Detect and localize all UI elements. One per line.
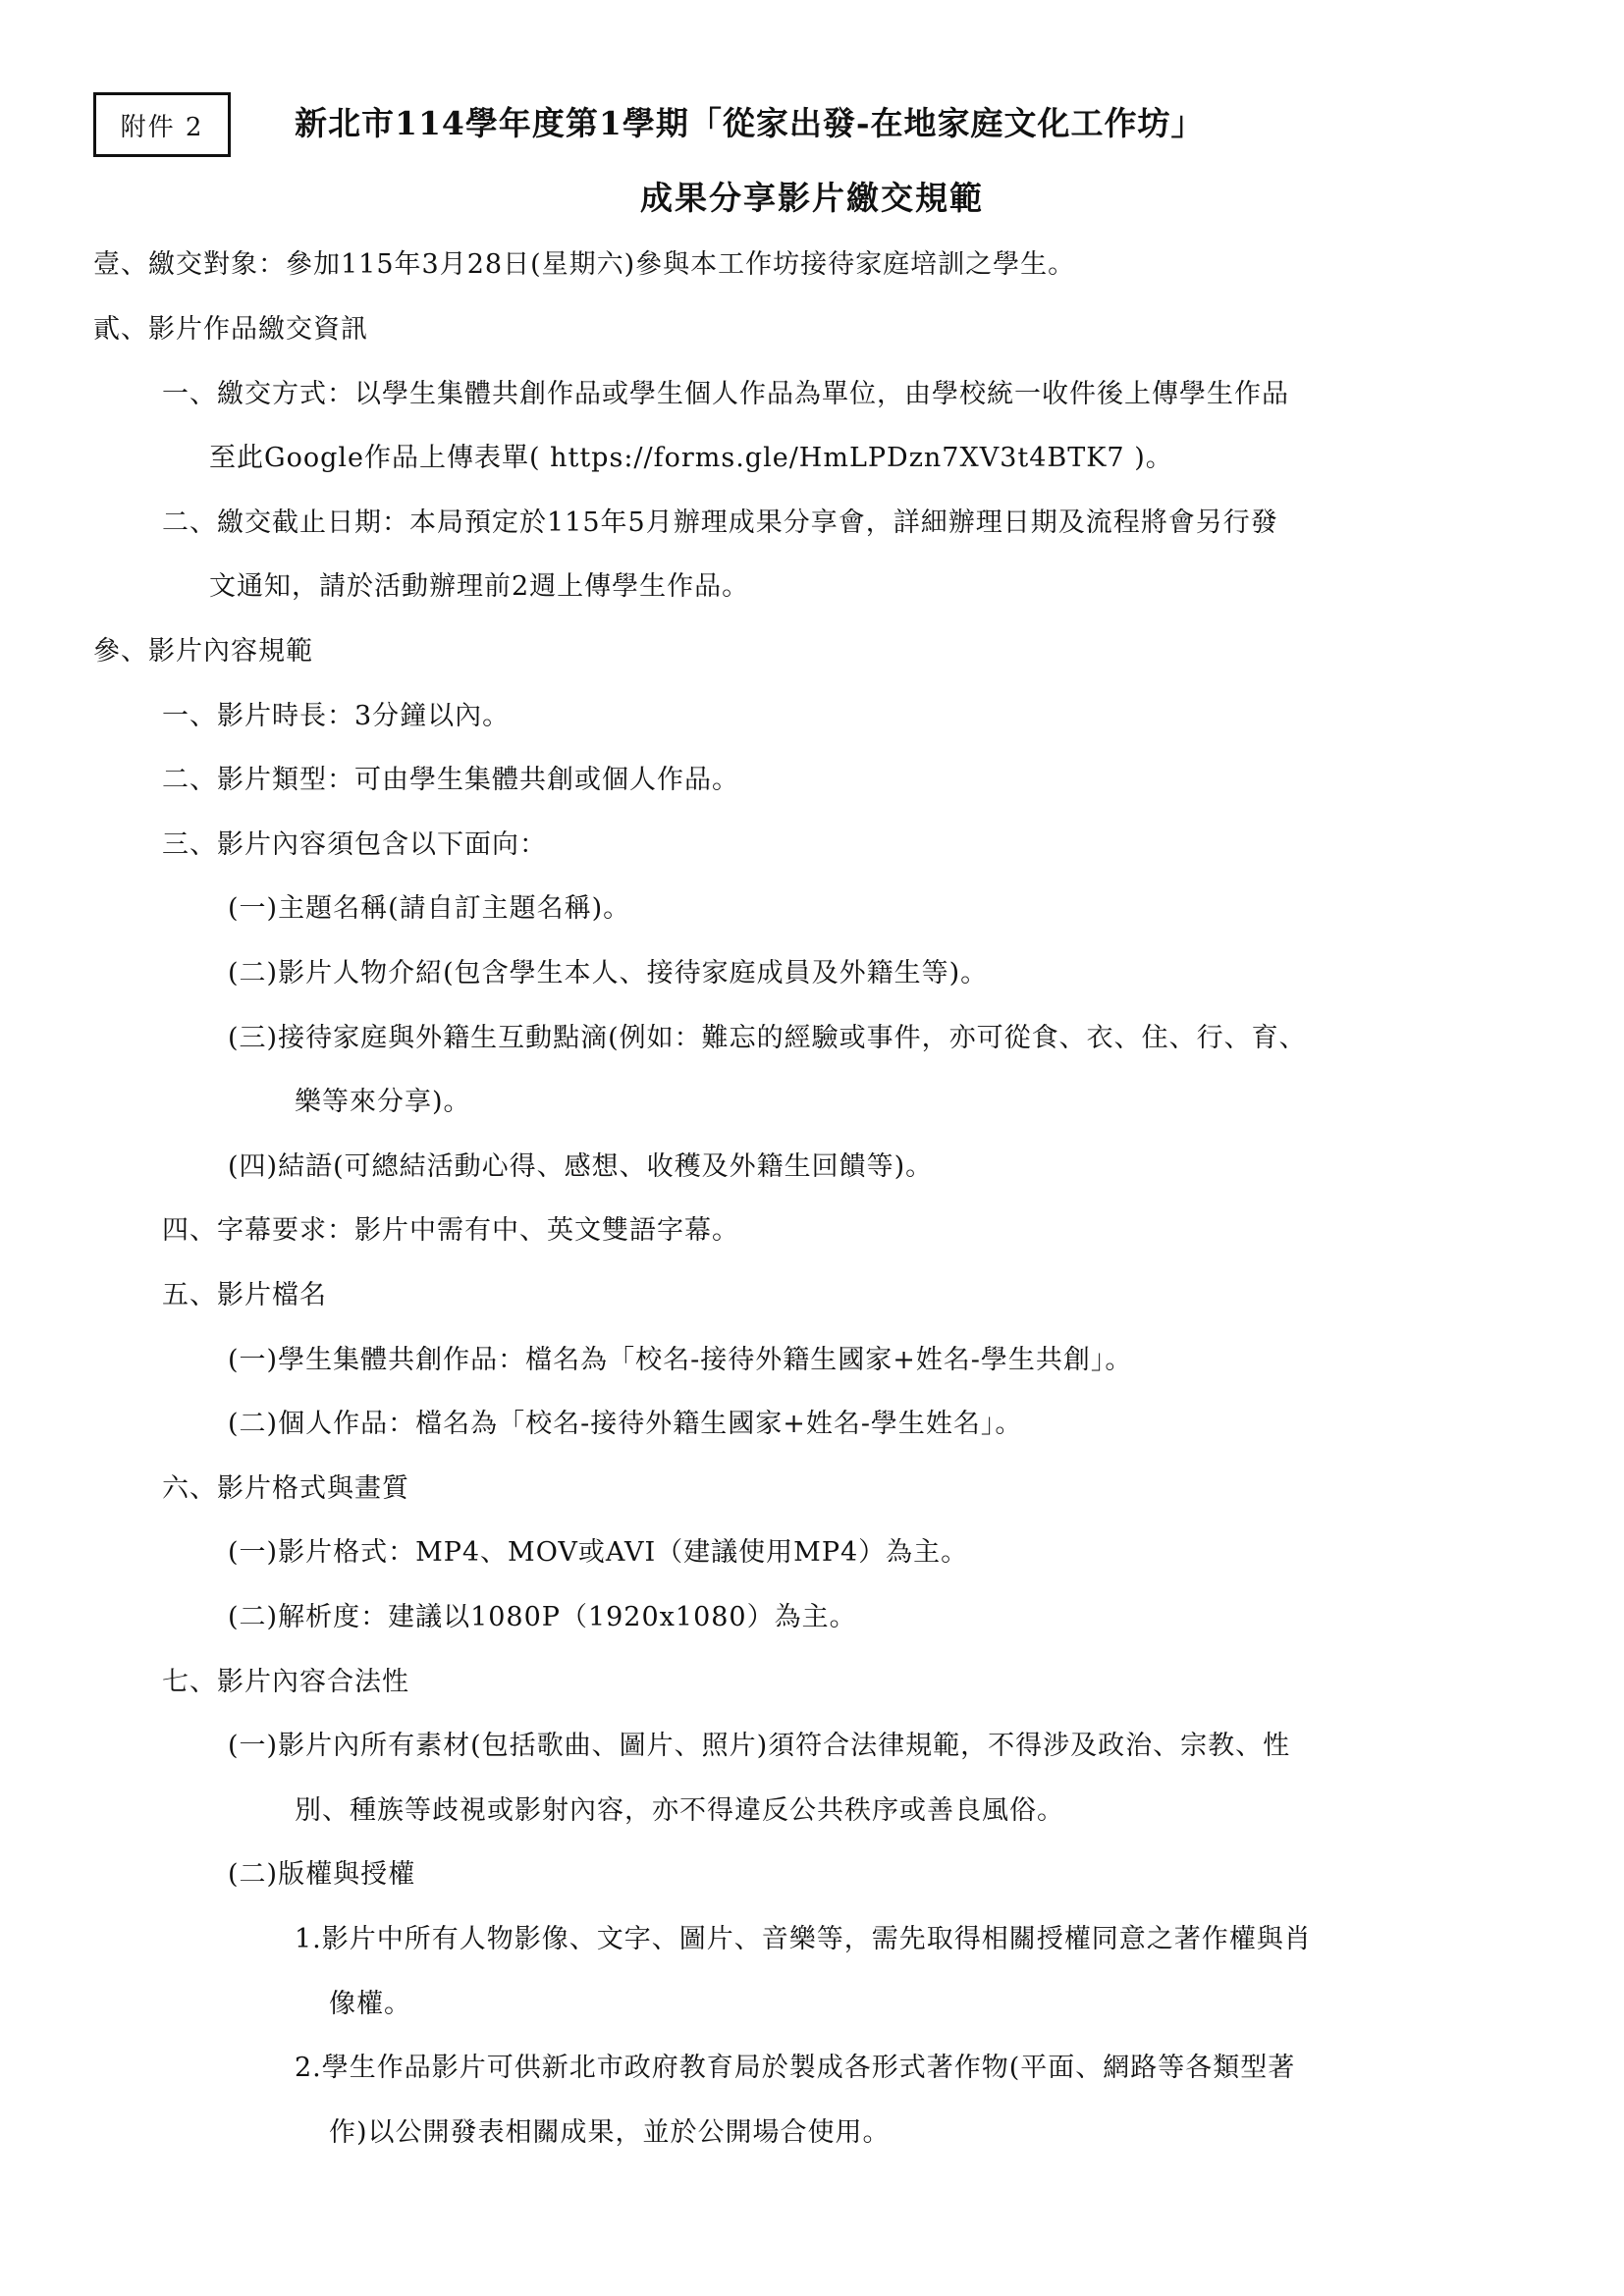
- item-content-aspects: 三、影片內容須包含以下面向：: [162, 826, 547, 865]
- section-1-eligibility: 壹、繳交對象：參加115年3月28日(星期六)參與本工作坊接待家庭培訓之學生。: [93, 245, 1075, 285]
- item-submission-method: 一、繳交方式：以學生集體共創作品或學生個人作品為單位，由學校統一收件後上傳學生作…: [162, 375, 1289, 414]
- subitem-conclusion: (四)結語(可總結活動心得、感想、收穫及外籍生回饋等)。: [228, 1148, 933, 1187]
- item-deadline-cont: 文通知，請於活動辦理前2週上傳學生作品。: [209, 567, 749, 607]
- subitem-materials-cont: 別、種族等歧視或影射內容，亦不得違反公共秩序或善良風俗。: [295, 1791, 1064, 1831]
- item-deadline: 二、繳交截止日期：本局預定於115年5月辦理成果分享會，詳細辦理日期及流程將會另…: [162, 504, 1278, 543]
- subitem-resolution: (二)解析度：建議以1080P（1920x1080）為主。: [228, 1598, 857, 1637]
- item-duration: 一、影片時長：3分鐘以內。: [162, 697, 510, 736]
- section-2-heading: 貳、影片作品繳交資訊: [93, 310, 368, 349]
- section-3-heading: 參、影片內容規範: [93, 632, 313, 671]
- item-submission-method-link[interactable]: 至此Google作品上傳表單( https://forms.gle/HmLPDz…: [209, 439, 1173, 478]
- copyright-point-2: 2.學生作品影片可供新北市政府教育局於製成各形式著作物(平面、網路等各類型著: [295, 2049, 1295, 2088]
- document-title: 新北市114學年度第1學期「從家出發-在地家庭文化工作坊」: [295, 98, 1355, 144]
- subitem-people: (二)影片人物介紹(包含學生本人、接待家庭成員及外籍生等)。: [228, 954, 988, 993]
- copyright-point-2-cont: 作)以公開發表相關成果，並於公開場合使用。: [329, 2113, 891, 2153]
- copyright-point-1-cont: 像權。: [329, 1985, 411, 2024]
- subitem-materials: (一)影片內所有素材(包括歌曲、圖片、照片)須符合法律規範，不得涉及政治、宗教、…: [228, 1727, 1290, 1766]
- subitem-theme: (一)主題名稱(請自訂主題名稱)。: [228, 889, 630, 929]
- item-subtitles: 四、字幕要求：影片中需有中、英文雙語字幕。: [162, 1211, 739, 1251]
- item-type: 二、影片類型：可由學生集體共創或個人作品。: [162, 761, 739, 800]
- subitem-interaction: (三)接待家庭與外籍生互動點滴(例如：難忘的經驗或事件，亦可從食、衣、住、行、育…: [228, 1019, 1307, 1058]
- subitem-filename-individual: (二)個人作品：檔名為「校名-接待外籍生國家+姓名-學生姓名」。: [228, 1405, 1022, 1444]
- subitem-format: (一)影片格式：MP4、MOV或AVI（建議使用MP4）為主。: [228, 1533, 968, 1573]
- attachment-label: 附件 2: [93, 92, 231, 157]
- document-subtitle: 成果分享影片繳交規範: [0, 173, 1624, 219]
- subitem-copyright: (二)版權與授權: [228, 1855, 415, 1895]
- attachment-label-text: 附件 2: [121, 107, 204, 143]
- subitem-interaction-cont: 樂等來分享)。: [295, 1083, 471, 1122]
- subitem-filename-group: (一)學生集體共創作品：檔名為「校名-接待外籍生國家+姓名-學生共創」。: [228, 1341, 1132, 1380]
- item-format-quality: 六、影片格式與畫質: [162, 1469, 409, 1509]
- item-filename: 五、影片檔名: [162, 1276, 327, 1315]
- copyright-point-1: 1.影片中所有人物影像、文字、圖片、音樂等，需先取得相關授權同意之著作權與肖: [295, 1920, 1312, 1959]
- item-legality: 七、影片內容合法性: [162, 1663, 409, 1702]
